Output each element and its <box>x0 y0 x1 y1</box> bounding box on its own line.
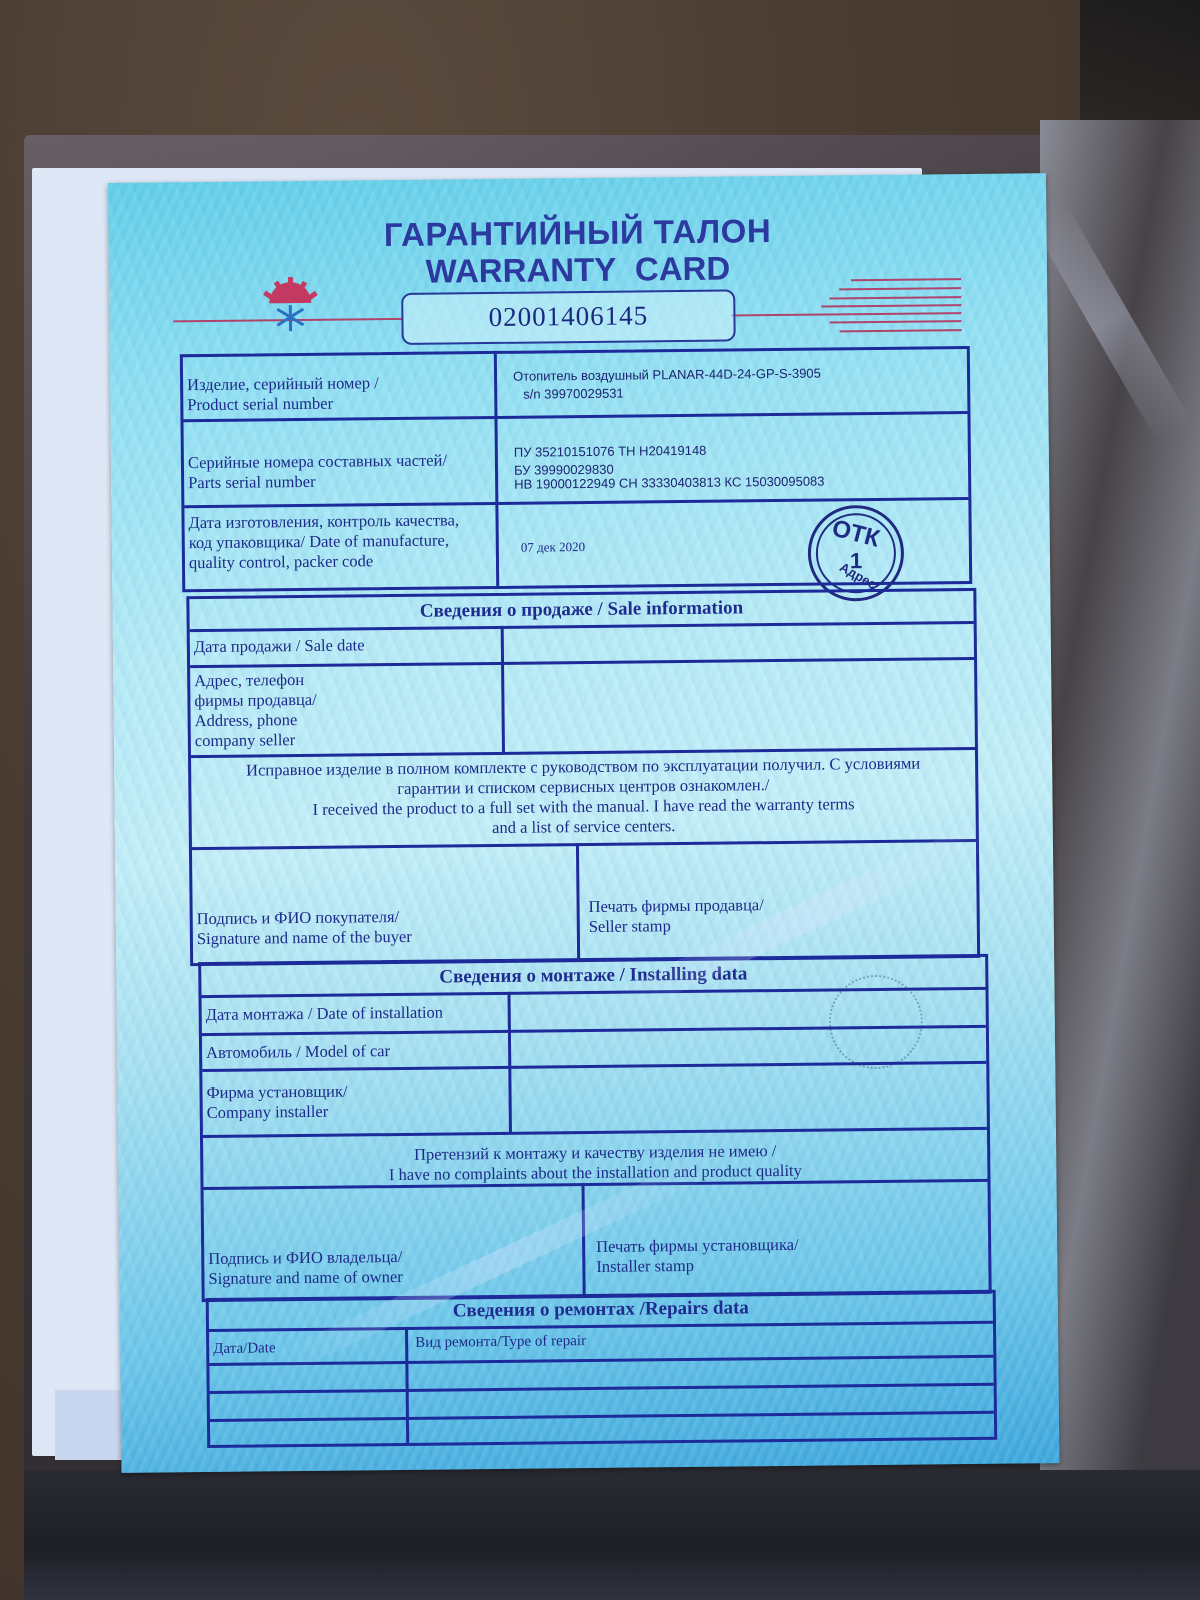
installer-stamp-field[interactable]: Печать фирмы установщика/ Installer stam… <box>596 1235 799 1277</box>
repairs-section-title: Сведения о ремонтах /Repairs data <box>209 1295 993 1325</box>
buyer-signature-field[interactable]: Подпись и ФИО покупателя/ Signature and … <box>197 907 412 949</box>
red-stripe <box>839 287 961 290</box>
manufacture-date: 07 дек 2020 <box>521 537 585 558</box>
parts-label: Серийные номера составных частей/ Parts … <box>188 450 447 493</box>
seller-address-label: Адрес, телефон фирмы продавца/ Address, … <box>194 670 317 751</box>
red-stripe <box>821 304 961 307</box>
installer-company-label: Фирма установщик/ Company installer <box>206 1082 347 1123</box>
owner-signature-field[interactable]: Подпись и ФИО владельца/ Signature and n… <box>208 1247 403 1289</box>
warranty-card: ГАРАНТИЙНЫЙ ТАЛОН WARRANTY CARD 02001406… <box>108 173 1059 1473</box>
red-stripe <box>840 329 962 332</box>
red-stripe <box>829 320 961 323</box>
red-stripe <box>829 296 961 299</box>
red-divider-right <box>731 312 961 316</box>
sale-section-title: Сведения о продаже / Sale information <box>189 595 973 625</box>
repairs-col-date: Дата/Date <box>213 1338 276 1359</box>
sun-snowflake-logo-icon <box>255 273 326 334</box>
repairs-col-type: Вид ремонта/Type of repair <box>415 1331 586 1353</box>
repair-row-date[interactable] <box>212 1391 404 1418</box>
plastic-bag-bottom <box>24 1470 1200 1600</box>
manufacture-label: Дата изготовления, контроль качества, ко… <box>188 510 459 573</box>
otk-stamp: ОТК 1 Адрес <box>807 505 904 602</box>
product-serial: s/n 39970029531 <box>513 385 821 402</box>
product-label: Изделие, серийный номер / Product serial… <box>187 373 379 415</box>
product-value: Отопитель воздушный PLANAR-44D-24-GP-S-3… <box>513 367 821 402</box>
sale-date-field[interactable] <box>510 629 960 656</box>
car-model-label: Автомобиль / Model of car <box>206 1041 390 1063</box>
sale-date-label: Дата продажи / Sale date <box>194 635 365 657</box>
card-number: 02001406145 <box>401 289 736 344</box>
repair-row-type[interactable] <box>410 1413 988 1443</box>
repair-row-date[interactable] <box>212 1419 404 1445</box>
installer-company-field[interactable] <box>518 1067 979 1128</box>
installation-date-label: Дата монтажа / Date of installation <box>206 1003 443 1025</box>
faint-stamp-imprint <box>828 975 923 1070</box>
repair-row-date[interactable] <box>211 1363 403 1390</box>
product-model: Отопитель воздушный PLANAR-44D-24-GP-S-3… <box>513 367 821 384</box>
parts-value: ПУ 35210151076 ТН Н20419148 БУ 399900298… <box>514 443 825 492</box>
sale-info-table: Сведения о продаже / Sale information Да… <box>186 588 980 966</box>
repairs-table: Сведения о ремонтах /Repairs data Дата/D… <box>206 1290 998 1448</box>
seller-address-field[interactable] <box>510 663 961 748</box>
receipt-statement: Исправное изделие в полном комплекте с р… <box>191 753 976 841</box>
